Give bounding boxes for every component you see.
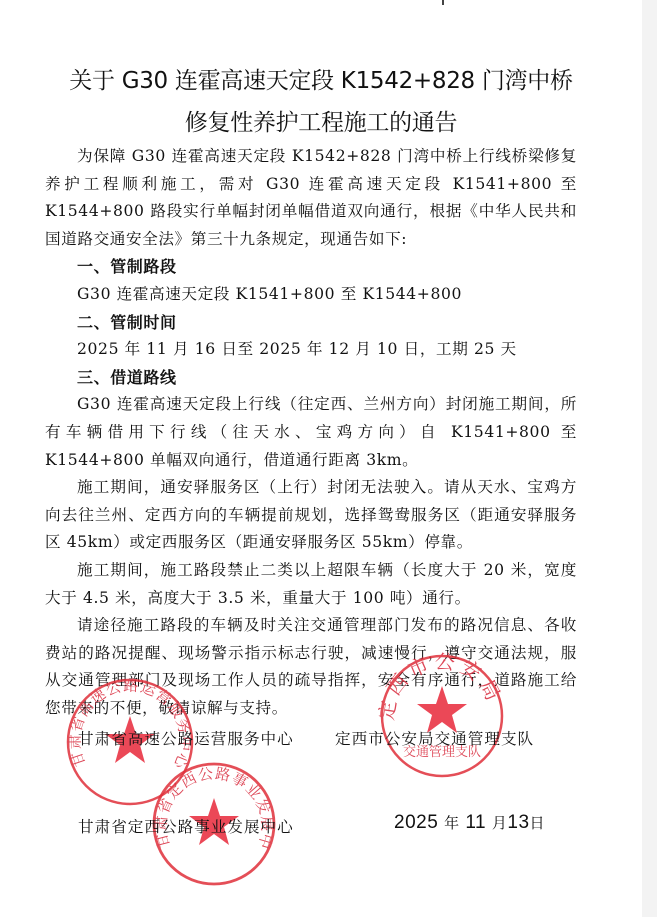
document-title-line2: 修复性养护工程施工的通告 bbox=[0, 104, 642, 137]
detour-paragraph: G30 连霍高速天定段上行线（往定西、兰州方向）封闭施工期间，所有车辆借用下行线… bbox=[45, 391, 577, 474]
document-title-line1: 关于 G30 连霍高速天定段 K1542+828 门湾中桥 bbox=[0, 62, 642, 95]
date-day-unit: 日 bbox=[530, 815, 546, 832]
section-heading-control-segment: 一、管制路段 bbox=[45, 253, 577, 281]
signatory-traffic-police-detachment: 定西市公安局交通管理支队 bbox=[335, 727, 534, 749]
detour-paragraph: 施工期间，施工路段禁止二类以上超限车辆（长度大于 20 米，宽度大于 4.5 米… bbox=[45, 557, 577, 612]
signatory-highway-operations-center: 甘肃省高速公路运营服务中心 bbox=[78, 727, 294, 749]
signatory-dingxi-highway-dev-center: 甘肃省定西公路事业发展中心 bbox=[78, 815, 294, 837]
star-icon bbox=[417, 686, 467, 733]
document-page: 关于 G30 连霍高速天定段 K1542+828 门湾中桥 修复性养护工程施工的… bbox=[0, 0, 642, 917]
detour-paragraph: 施工期间，通安驿服务区（上行）封闭无法驶入。请从天水、宝鸡方向去往兰州、定西方向… bbox=[45, 474, 577, 557]
date-month: 11 bbox=[465, 812, 486, 833]
official-seal-traffic-police: 定西市公安局 交通管理支队 bbox=[378, 652, 506, 780]
date-month-unit: 月 bbox=[492, 815, 508, 832]
intro-paragraph: 为保障 G30 连霍高速天定段 K1542+828 门湾中桥上行线桥梁修复养护工… bbox=[45, 143, 577, 253]
section-content-control-time: 2025 年 11 月 16 日至 2025 年 12 月 10 日，工期 25… bbox=[45, 336, 577, 364]
viewer-side-strip bbox=[642, 0, 657, 917]
section-heading-detour-route: 三、借道路线 bbox=[45, 364, 577, 392]
section-content-control-segment: G30 连霍高速天定段 K1541+800 至 K1544+800 bbox=[45, 281, 577, 309]
issue-date: 2025 年 11 月13日 bbox=[394, 812, 545, 834]
date-year: 2025 bbox=[394, 812, 438, 833]
top-mark bbox=[442, 0, 444, 5]
date-year-unit: 年 bbox=[444, 815, 460, 832]
section-heading-control-time: 二、管制时间 bbox=[45, 309, 577, 337]
document-body: 为保障 G30 连霍高速天定段 K1542+828 门湾中桥上行线桥梁修复养护工… bbox=[45, 143, 577, 722]
date-day: 13 bbox=[507, 812, 529, 833]
